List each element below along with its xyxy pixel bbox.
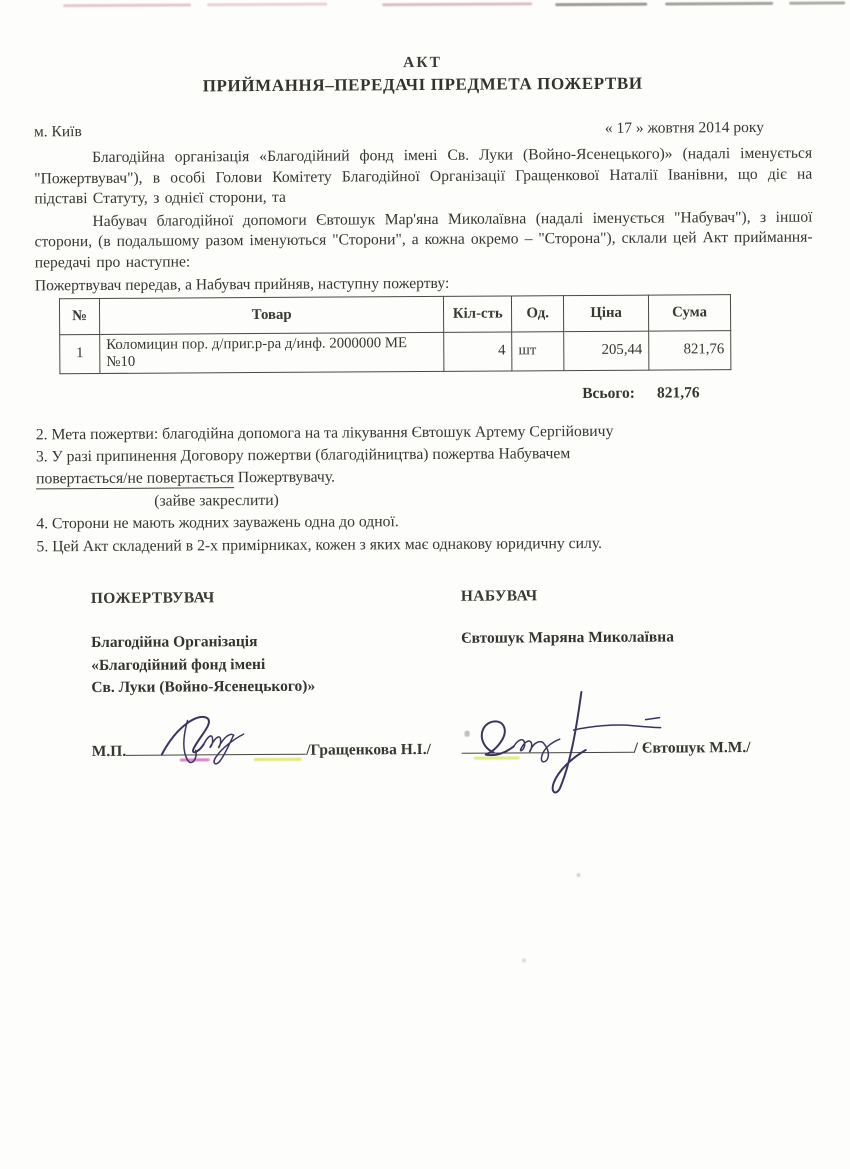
- scan-speck: [465, 731, 470, 737]
- total-label: Всього:: [582, 384, 635, 401]
- document-title-main: ПРИЙМАННЯ–ПЕРЕДАЧІ ПРЕДМЕТА ПОЖЕРТВИ: [34, 70, 812, 100]
- donor-org-line3: Св. Луки (Войно-Ясенецького)»: [91, 675, 461, 700]
- table-intro-line: Пожертвувач передав, а Набувач прийняв, …: [35, 271, 813, 295]
- date-label: « 17 » жовтня 2014 року: [605, 118, 812, 139]
- donor-organization-name: Благодійна Організація «Благодійний фонд…: [91, 630, 461, 700]
- paragraph-recipient: Набувач благодійної допомоги Євтошук Мар…: [34, 207, 812, 274]
- donor-signature-block: М.П./Гращенкова Н.І./: [38, 739, 462, 761]
- term-item-5: 5. Цей Акт складений в 2-х примірниках, …: [36, 531, 814, 558]
- scan-speck: [522, 958, 526, 962]
- col-header-unit: Од.: [512, 295, 564, 331]
- recipient-signature-line: [462, 738, 634, 753]
- table-row: 1 Коломицин пор. д/приг.р-ра д/инф. 2000…: [60, 330, 731, 373]
- cell-quantity: 4: [444, 332, 512, 371]
- col-header-item: Товар: [99, 296, 444, 334]
- recipient-signer-name: / Євтошук М.М./: [634, 739, 751, 757]
- terms-list: 2. Мета пожертви: благодійна допомога на…: [36, 419, 815, 558]
- signature-line-row: М.П./Гращенкова Н.І./ / Євтошук М.М./: [38, 737, 816, 761]
- donor-signature-line: [126, 740, 306, 755]
- col-header-quantity: Кіл-сть: [444, 296, 512, 332]
- signature-headings: ПОЖЕРТВУВАЧ Благодійна Організація «Благ…: [37, 586, 816, 700]
- donor-signer-name: /Гращенкова Н.І./: [306, 740, 431, 758]
- paragraph-donor: Благодійна організація «Благодійний фонд…: [34, 144, 812, 211]
- col-header-number: №: [59, 298, 99, 334]
- recipient-heading: НАБУВАЧ: [461, 586, 815, 606]
- recipient-person-name: Євтошук Маряна Миколаївна: [461, 628, 815, 648]
- total-value: 821,76: [657, 384, 700, 402]
- scan-color-fringe: [474, 756, 520, 759]
- donor-org-line1: Благодійна Організація: [91, 630, 461, 655]
- total-line: Всього:821,76: [36, 383, 814, 406]
- donor-org-line2: «Благодійний фонд імені: [91, 652, 461, 677]
- term-item-3-tail: Пожертвувачу.: [234, 469, 335, 487]
- recipient-signature-block: / Євтошук М.М./: [462, 737, 816, 758]
- table-header-row: № Товар Кіл-сть Од. Ціна Сума: [59, 294, 730, 334]
- col-header-sum: Сума: [648, 294, 730, 331]
- cell-number: 1: [60, 334, 100, 373]
- cell-price: 205,44: [564, 331, 649, 371]
- scan-color-fringe: [254, 758, 302, 761]
- cell-unit: шт: [512, 331, 564, 370]
- document-header: АКТ ПРИЙМАННЯ–ПЕРЕДАЧІ ПРЕДМЕТА ПОЖЕРТВИ: [33, 52, 811, 100]
- scanner-edge-artifact: [0, 0, 847, 13]
- cell-sum: 821,76: [649, 330, 731, 369]
- seal-label: М.П.: [92, 742, 127, 759]
- donor-heading: ПОЖЕРТВУВАЧ: [91, 588, 461, 608]
- city-label: м. Київ: [34, 122, 82, 142]
- col-header-price: Ціна: [564, 295, 649, 332]
- scan-speck: [576, 873, 580, 877]
- donation-items-table: № Товар Кіл-сть Од. Ціна Сума 1 Коломици…: [59, 294, 731, 374]
- scan-color-fringe: [180, 758, 210, 761]
- underlined-choice: повертається/не повертається: [36, 470, 234, 490]
- scanned-document-page: АКТ ПРИЙМАННЯ–ПЕРЕДАЧІ ПРЕДМЕТА ПОЖЕРТВИ…: [0, 0, 850, 1169]
- cell-item: Коломицин пор. д/приг.р-ра д/инф. 200000…: [100, 332, 445, 373]
- place-and-date-line: м. Київ « 17 » жовтня 2014 року: [34, 118, 812, 143]
